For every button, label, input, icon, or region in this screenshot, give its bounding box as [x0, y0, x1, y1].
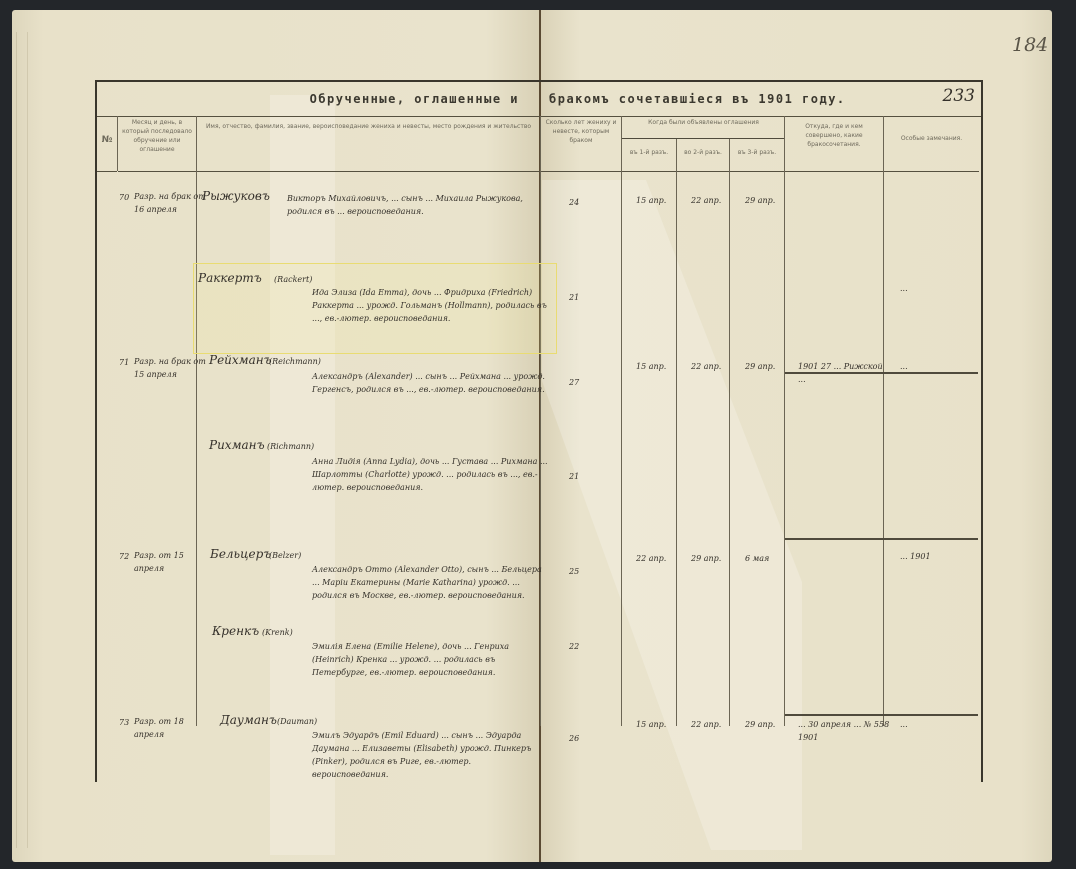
entry-73-number: 73 [119, 716, 129, 729]
entry-73-groom-latin: (Dauman) [277, 715, 317, 728]
col-header-age: Сколько лет жениху и невесте, которым бр… [541, 116, 621, 172]
col-header-no: № [97, 116, 117, 172]
entry-72-age-bride: 22 [569, 640, 579, 653]
entry-71-permit: Разр. на брак от 15 апреля [134, 355, 209, 381]
entry-72-age-groom: 25 [569, 565, 579, 578]
entry-70-groom-surname: Рыжуковъ [202, 190, 270, 203]
entry-73-proc3: 29 апр. [745, 718, 775, 731]
entry-70-number: 70 [119, 191, 129, 204]
entry-73-groom-surname: Дауманъ [220, 714, 277, 727]
entry-73-place: ... 30 апреля ... № 558 1901 [798, 718, 890, 744]
entry-72-groom-latin: (Belzer) [269, 549, 301, 562]
entry-70-bride-text: Ида Элиза (Ida Emma), дочь ... Фридриха … [312, 286, 548, 325]
title-left: Обрученные, оглашенные и [310, 92, 519, 106]
entry-73-notes: ... [900, 718, 908, 731]
entry-70-proc1: 15 апр. [636, 194, 666, 207]
page-number: 233 [943, 86, 975, 106]
entry-71-bride-surname: Рихманъ [209, 439, 265, 452]
entry-71-bride-text: Анна Лидiя (Anna Lydia), дочь ... Густав… [312, 455, 548, 494]
entry-72-bride-latin: (Krenk) [262, 626, 293, 639]
entry-72-proc3: 6 мая [745, 552, 769, 565]
title-right: бракомъ сочетавшiеся въ 1901 году. [549, 92, 846, 106]
entry-70-proc3: 29 апр. [745, 194, 775, 207]
entry-70-proc2: 22 апр. [691, 194, 721, 207]
entry-73-groom-text: Эмилъ Эдуардъ (Emil Eduard) ... сынъ ...… [312, 729, 548, 781]
entry-71-proc1: 15 апр. [636, 360, 666, 373]
entry-72-proc2: 29 апр. [691, 552, 721, 565]
entry-71-groom-text: Александръ (Alexander) ... сынъ ... Рейх… [312, 370, 548, 396]
entry-72-bride-surname: Кренкъ [212, 625, 259, 638]
entry-71-age-groom: 27 [569, 376, 579, 389]
entry-73-permit: Разр. от 18 апреля [134, 715, 209, 741]
entry-72-number: 72 [119, 550, 129, 563]
entry-72-groom-text: Александръ Отто (Alexander Otto), сынъ .… [312, 563, 548, 602]
entry-71-groom-latin: (Reichmann) [269, 355, 321, 368]
col-header-proc1: въ 1-й разъ. [622, 138, 676, 172]
entry-72-permit: Разр. от 15 апреля [134, 549, 209, 575]
register-book: 184 Обрученные, оглашенные и бракомъ соч… [12, 10, 1052, 862]
entry-71-place: 1901 27 ... Рижской ... [798, 360, 890, 386]
entry-72-proc1: 22 апр. [636, 552, 666, 565]
col-header-notes: Особые замечания. [884, 116, 979, 172]
entry-73-proc1: 15 апр. [636, 718, 666, 731]
entry-73-proc2: 22 апр. [691, 718, 721, 731]
entry-71-age-bride: 21 [569, 470, 579, 483]
col-header-proc2: во 2-й разъ. [677, 138, 729, 172]
entry-71-groom-surname: Рейхманъ [209, 354, 272, 367]
entry-70-age-bride: 21 [569, 291, 579, 304]
entry-72-groom-surname: Бельцеръ [210, 548, 271, 561]
entry-70-permit: Разр. на брак от 16 апреля [134, 190, 209, 216]
entry-71-number: 71 [119, 356, 129, 369]
entry-70-groom-text: Викторъ Михайловичъ, ... сынъ ... Михаил… [287, 192, 545, 218]
entry-70-age-groom: 24 [569, 196, 579, 209]
entry-71-notes: ... [900, 360, 908, 373]
col-header-permit: Месяц и день, в который последовало обру… [118, 116, 196, 172]
col-header-place: Откуда, где и кем совершено, какие брако… [785, 116, 883, 172]
col-header-names: Имя, отчество, фамилия, звание, вероиспо… [197, 116, 540, 172]
table-title-row: Обрученные, оглашенные и бракомъ сочетав… [97, 82, 981, 117]
col-header-proc3: въ 3-й разъ. [730, 138, 784, 172]
entry-73-age-groom: 26 [569, 732, 579, 745]
entry-70-notes: ... [900, 282, 908, 295]
col-header-proclaimed: Когда были объявлены оглашения [622, 116, 785, 138]
entry-72-bride-text: Эмилiя Елена (Emilie Helene), дочь ... Г… [312, 640, 548, 679]
entry-70-bride-latin: (Rackert) [274, 273, 312, 286]
corner-page-number: 184 [1012, 34, 1048, 56]
entry-72-notes: ... 1901 [900, 550, 931, 563]
entry-70-bride-surname: Раккертъ [198, 272, 262, 285]
entry-71-proc2: 22 апр. [691, 360, 721, 373]
entry-71-bride-latin: (Richmann) [267, 440, 314, 453]
entry-71-proc3: 29 апр. [745, 360, 775, 373]
